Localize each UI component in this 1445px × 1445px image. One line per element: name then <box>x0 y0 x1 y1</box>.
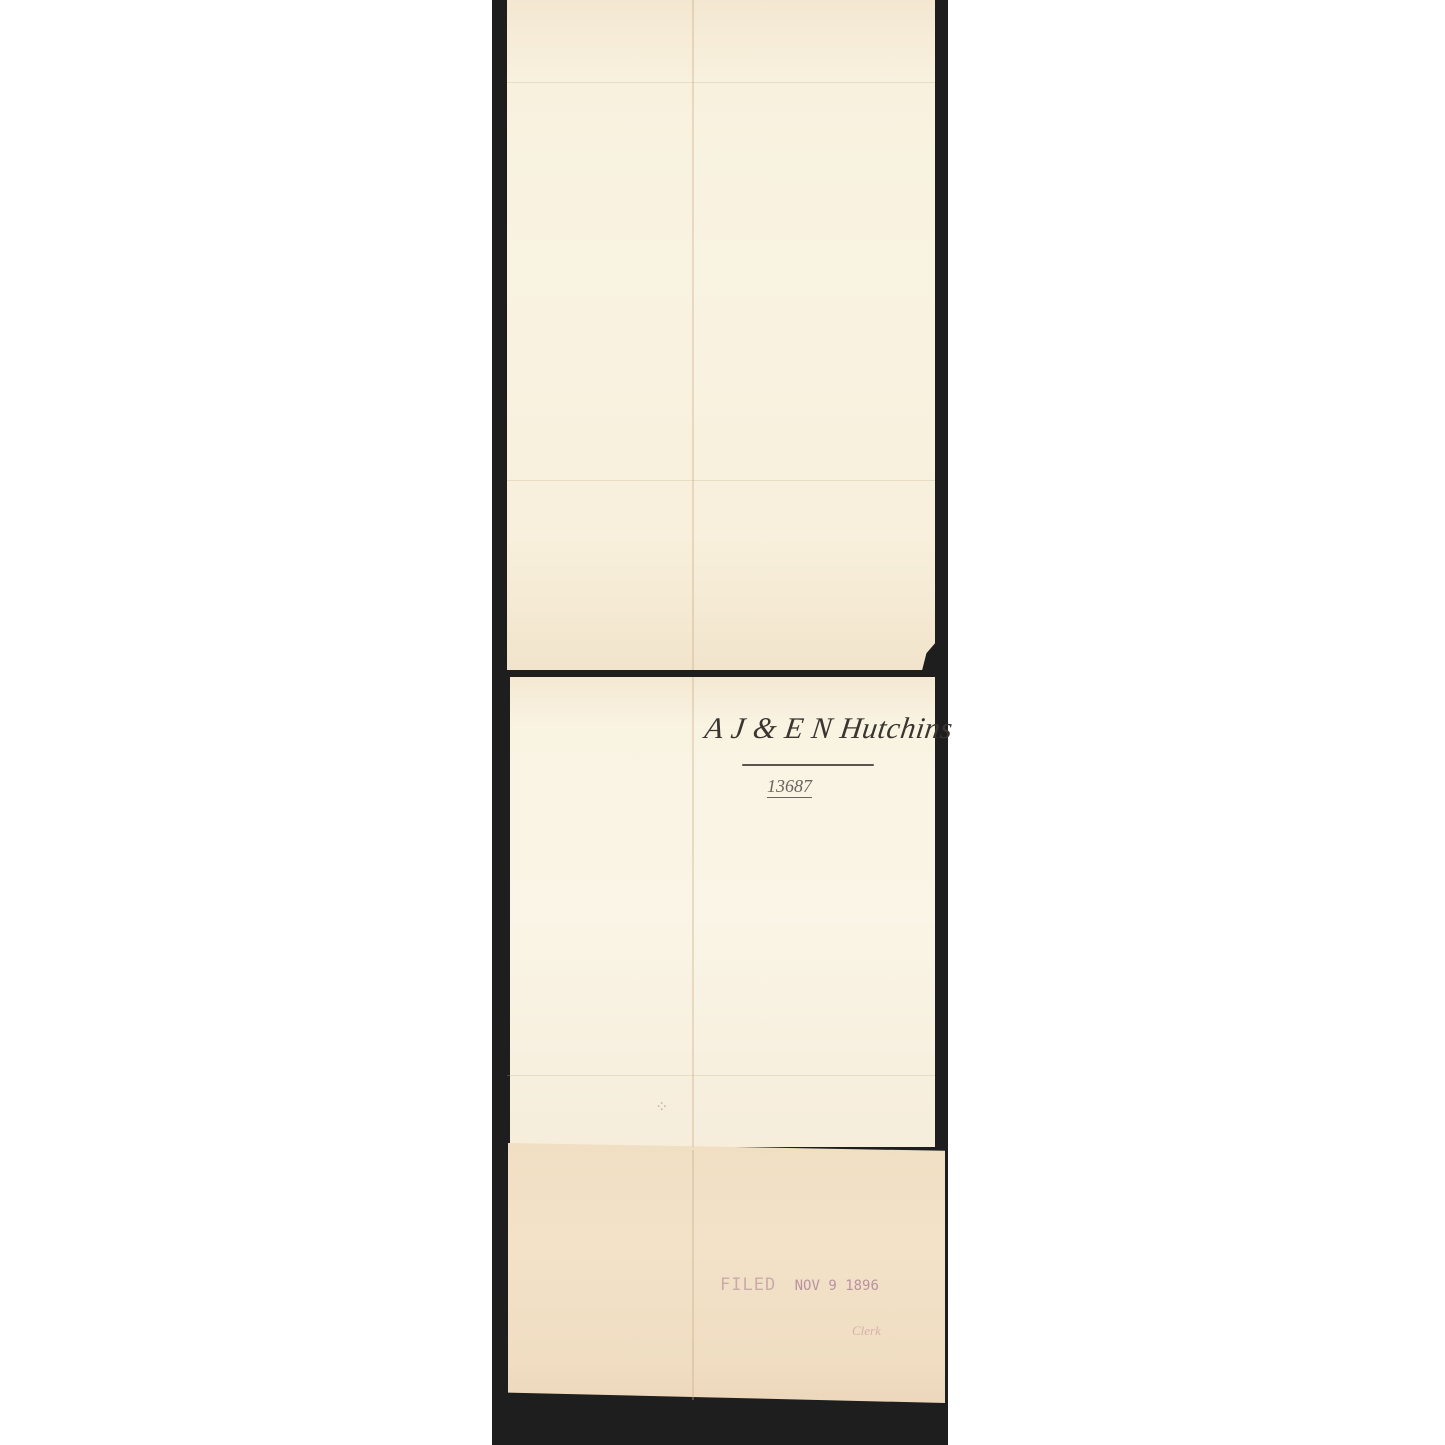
filed-stamp-label: FILED <box>720 1275 776 1295</box>
filed-stamp: FILED NOV 9 1896 <box>720 1275 879 1295</box>
filed-stamp-date: NOV 9 1896 <box>795 1278 879 1294</box>
filed-stamp-clerk: Clerk <box>852 1323 881 1339</box>
signature-underline <box>742 764 874 766</box>
horizontal-crease <box>507 82 935 83</box>
paper-panel-bottom <box>508 1143 945 1403</box>
handwritten-signature: A J & E N Hutchins <box>703 712 955 746</box>
ink-smudge: ⁘ <box>655 1097 668 1117</box>
horizontal-crease <box>507 1075 935 1076</box>
paper-panel-middle <box>510 677 935 1147</box>
horizontal-crease <box>507 480 935 481</box>
handwritten-file-number: 13687 <box>767 776 812 798</box>
vertical-fold-top <box>692 0 694 670</box>
vertical-fold-bottom <box>692 1150 694 1400</box>
vertical-fold-middle <box>692 677 694 1147</box>
paper-panel-top <box>507 0 935 670</box>
